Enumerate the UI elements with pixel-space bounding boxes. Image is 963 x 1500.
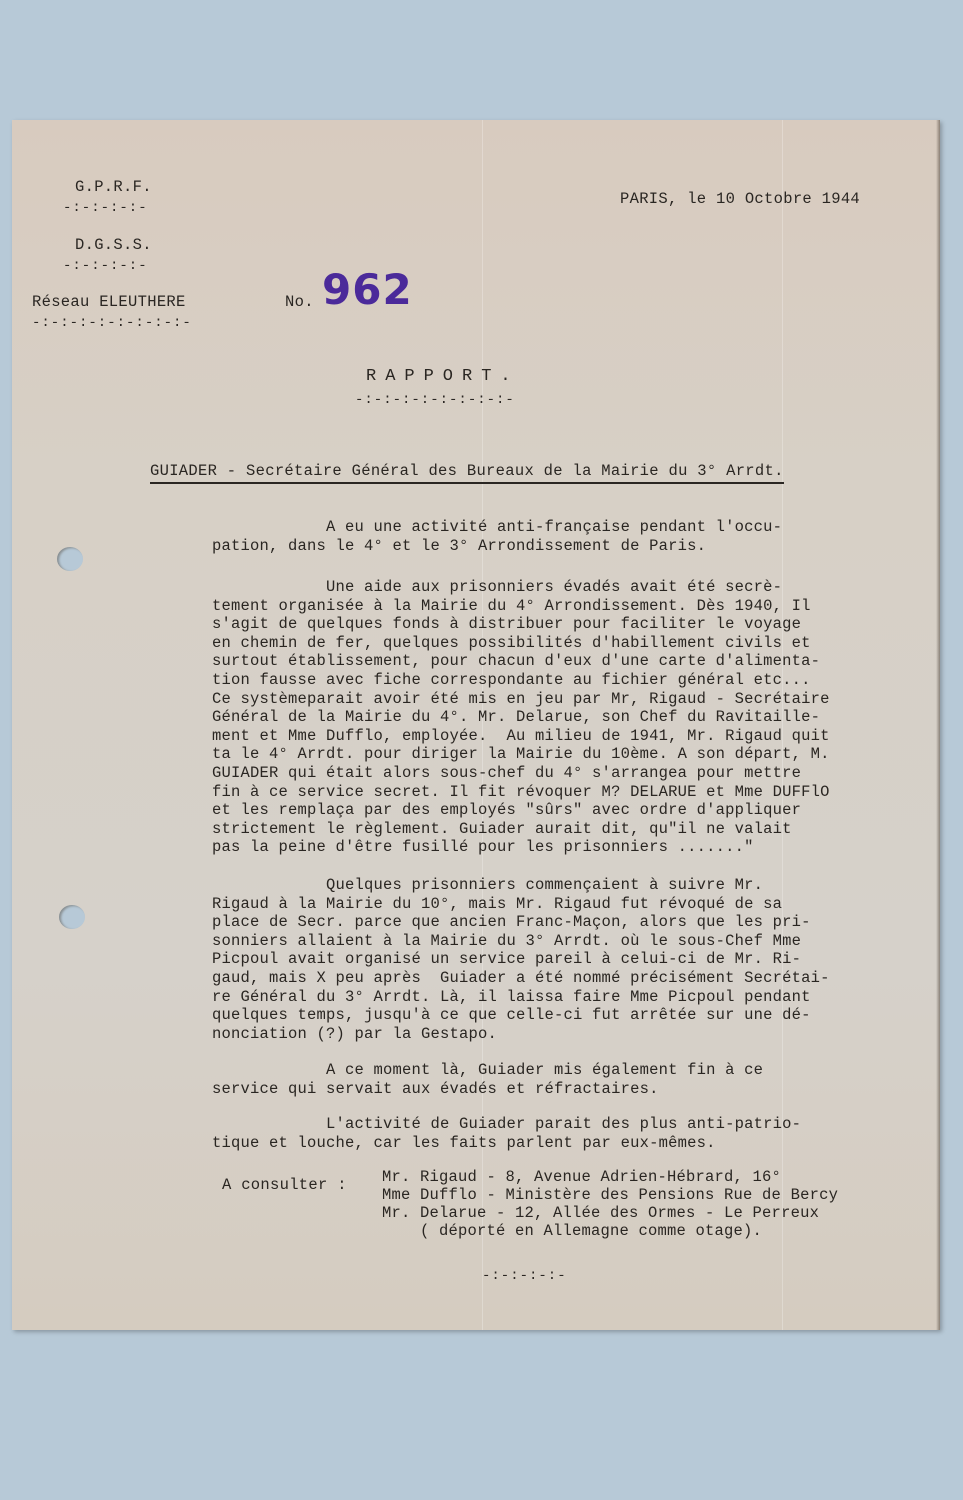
footer-separator: -:-:-:-:- [482, 1268, 567, 1284]
body-line: A eu une activité anti-française pendant… [212, 518, 782, 536]
punch-hole [57, 547, 83, 571]
consult-entry: Mme Dufflo - Ministère des Pensions Rue … [382, 1186, 838, 1204]
org-dgss: D.G.S.S. [75, 236, 152, 254]
body-line: place de Secr. parce que ancien Franc-Ma… [212, 913, 811, 931]
body-line: surtout établissement, pour chacun d'eux… [212, 652, 820, 670]
body-line: GUIADER qui était alors sous-chef du 4° … [212, 764, 801, 782]
body-line: Général de la Mairie du 4°. Mr. Delarue,… [212, 708, 820, 726]
separator: -:-:-:-:- [63, 200, 148, 216]
body-line: Ce systèmeparait avoir été mis en jeu pa… [212, 690, 830, 708]
body-line: Quelques prisonniers commençaient à suiv… [212, 876, 763, 894]
body-line: nonciation (?) par la Gestapo. [212, 1025, 497, 1043]
body-line: ta le 4° Arrdt. pour diriger la Mairie d… [212, 745, 830, 763]
body-line: A ce moment là, Guiader mis également fi… [212, 1061, 763, 1079]
body-line: quelques temps, jusqu'à ce que celle-ci … [212, 1006, 811, 1024]
report-title: RAPPORT. [366, 367, 520, 386]
body-line: fin à ce service secret. Il fit révoquer… [212, 783, 830, 801]
body-line: Rigaud à la Mairie du 10°, mais Mr. Riga… [212, 895, 782, 913]
body-line: ment et Mme Dufflo, employée. Au milieu … [212, 727, 830, 745]
body-line: service qui servait aux évadés et réfrac… [212, 1080, 659, 1098]
body-line: pas la peine d'être fusillé pour les pri… [212, 838, 754, 856]
separator: -:-:-:-:- [63, 258, 148, 274]
body-line: Picpoul avait organisé un service pareil… [212, 950, 801, 968]
body-line: re Général du 3° Arrdt. Là, il laissa fa… [212, 988, 811, 1006]
consult-entry: Mr. Rigaud - 8, Avenue Adrien-Hébrard, 1… [382, 1168, 781, 1186]
body-line: pation, dans le 4° et le 3° Arrondisseme… [212, 537, 706, 555]
place-date: PARIS, le 10 Octobre 1944 [620, 190, 860, 208]
body-line: tion fausse avec fiche correspondante au… [212, 671, 811, 689]
body-line: strictement le règlement. Guiader aurait… [212, 820, 792, 838]
body-line: s'agit de quelques fonds à distribuer po… [212, 615, 801, 633]
body-line: gaud, mais X peu après Guiader a été nom… [212, 969, 830, 987]
consult-entry: ( déporté en Allemagne comme otage). [382, 1222, 762, 1240]
separator: -:-:-:-:-:-:-:-:- [32, 315, 192, 331]
body-line: en chemin de fer, quelques possibilités … [212, 634, 811, 652]
body-line: sonniers allaient à la Mairie du 3° Arrd… [212, 932, 801, 950]
org-gprf: G.P.R.F. [75, 178, 152, 196]
body-line: L'activité de Guiader parait des plus an… [212, 1115, 801, 1133]
report-number-stamp: 962 [322, 265, 413, 314]
body-line: et les remplaça par des employés "sûrs" … [212, 801, 801, 819]
report-subject: GUIADER - Secrétaire Général des Bureaux… [150, 462, 784, 484]
network-name: Réseau ELEUTHERE [32, 293, 186, 311]
punch-hole [59, 905, 85, 929]
separator: -:-:-:-:-:-:-:-:- [355, 392, 515, 408]
body-line: tique et louche, car les faits parlent p… [212, 1134, 716, 1152]
consult-entry: Mr. Delarue - 12, Allée des Ormes - Le P… [382, 1204, 819, 1222]
body-line: Une aide aux prisonniers évadés avait ét… [212, 578, 782, 596]
consult-label: A consulter : [222, 1176, 347, 1194]
number-label: No. [285, 293, 314, 311]
body-line: tement organisée à la Mairie du 4° Arron… [212, 597, 811, 615]
